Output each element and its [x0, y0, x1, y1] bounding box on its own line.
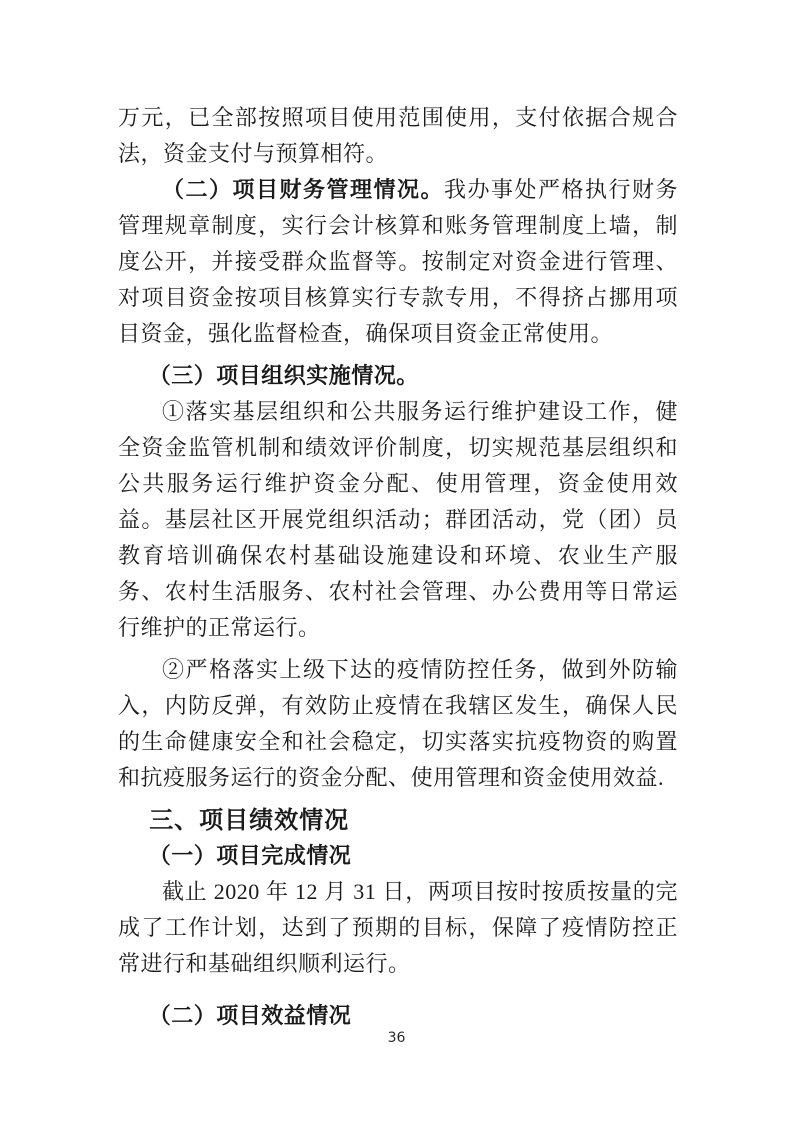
paragraph-lead: （二）项目财务管理情况。 [162, 177, 444, 202]
body-paragraph: ②严格落实上级下达的疫情防控任务，做到外防输入，内防反弹，有效防止疫情在我辖区发… [118, 652, 678, 796]
sub-heading: （一）项目完成情况 [118, 838, 678, 874]
body-paragraph: 截止 2020 年 12 月 31 日，两项目按时按质按量的完成了工作计划，达到… [118, 874, 678, 982]
section-heading: 三、项目绩效情况 [118, 802, 678, 838]
body-paragraph: 万元，已全部按照项目使用范围使用，支付依据合规合法，资金支付与预算相符。 [118, 100, 678, 172]
document-page: 万元，已全部按照项目使用范围使用，支付依据合规合法，资金支付与预算相符。（二）项… [0, 0, 793, 1122]
page-number: 36 [0, 1030, 793, 1046]
sub-heading: （二）项目效益情况 [118, 998, 678, 1034]
sub-heading: （三）项目组织实施情况。 [118, 358, 678, 394]
document-body: 万元，已全部按照项目使用范围使用，支付依据合规合法，资金支付与预算相符。（二）项… [118, 100, 678, 1034]
body-paragraph: ①落实基层组织和公共服务运行维护建设工作，健全资金监管机制和绩效评价制度，切实规… [118, 394, 678, 646]
body-paragraph: （二）项目财务管理情况。我办事处严格执行财务管理规章制度，实行会计核算和账务管理… [118, 172, 678, 352]
